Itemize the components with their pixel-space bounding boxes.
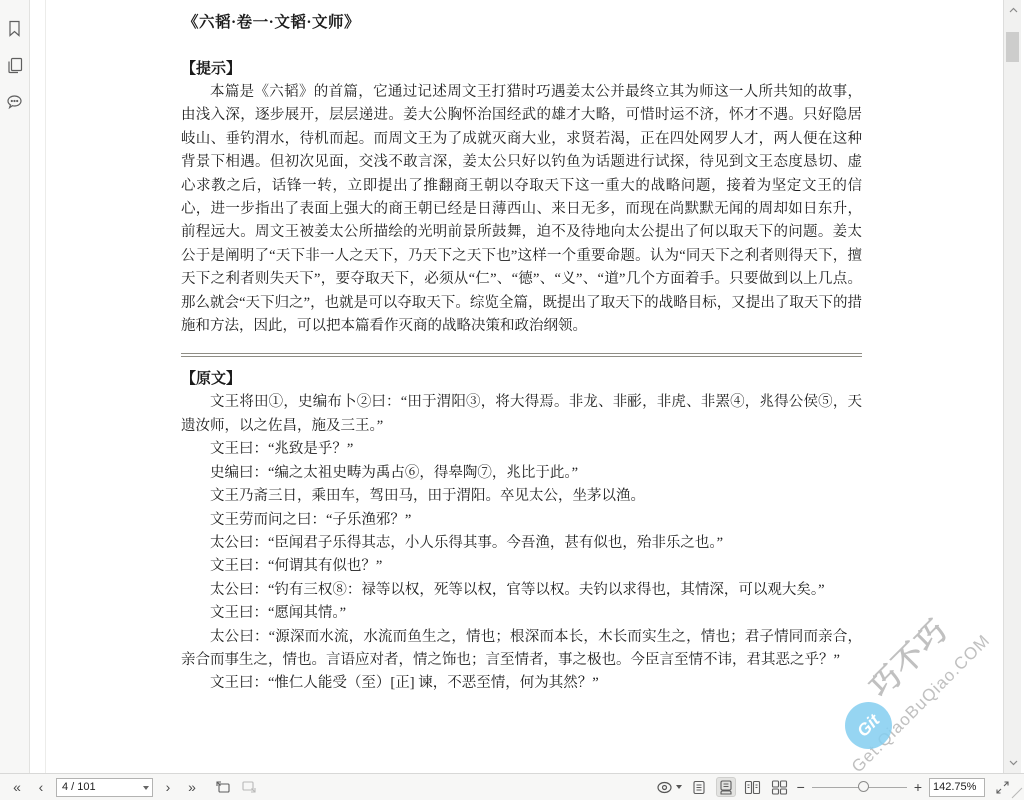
- page-navigation: « ‹ › »: [0, 777, 259, 797]
- paragraph: 太公曰：“臣闻君子乐得其志，小人乐得其事。今吾渔，甚有似也，殆非乐之也。”: [181, 532, 862, 555]
- page-number-input[interactable]: [56, 778, 153, 797]
- continuous-facing-view-button[interactable]: [770, 777, 790, 797]
- page-dropdown-caret-icon[interactable]: [143, 786, 149, 790]
- fullscreen-button[interactable]: [992, 777, 1012, 797]
- next-view-button[interactable]: [239, 777, 259, 797]
- paragraph: 文王曰：“何谓其有似也？”: [181, 555, 862, 578]
- zoom-slider[interactable]: [812, 780, 907, 794]
- next-page-button[interactable]: ›: [159, 778, 177, 796]
- paragraph: 太公曰：“源深而水流，水流而鱼生之，情也；根深而本长，木长而实生之，情也；君子情…: [181, 626, 862, 673]
- scrollbar-thumb[interactable]: [1006, 32, 1019, 62]
- section-heading-hint: 【提示】: [181, 58, 862, 81]
- section-divider: [181, 353, 862, 357]
- view-mode-caret-icon: [676, 785, 682, 789]
- paragraph: 文王乃斋三日，乘田车，驾田马，田于渭阳。卒见太公，坐茅以渔。: [181, 485, 862, 508]
- scroll-up-icon[interactable]: [1004, 2, 1022, 18]
- single-page-view-button[interactable]: [689, 777, 709, 797]
- comments-icon[interactable]: [5, 92, 25, 112]
- zoom-level-input[interactable]: [929, 778, 985, 797]
- paragraph: 文王曰：“愿闻其情。”: [181, 602, 862, 625]
- previous-view-button[interactable]: [213, 777, 233, 797]
- bookmarks-icon[interactable]: [5, 18, 25, 38]
- window-resize-grip[interactable]: [1011, 787, 1023, 799]
- paragraph: 太公曰：“钓有三权⑧：禄等以权，死等以权，官等以权。夫钓以求得也，其情深，可以观…: [181, 579, 862, 602]
- left-sidebar: [0, 0, 30, 773]
- paragraph: 本篇是《六韬》的首篇，它通过记述周文王打猎时巧遇姜太公并最终立其为师这一人所共知…: [181, 81, 862, 338]
- page-thumbnails-icon[interactable]: [5, 55, 25, 75]
- continuous-view-button[interactable]: [716, 777, 736, 797]
- document-title: 《六韬·卷一·文韬·文师》: [183, 10, 862, 32]
- paragraph: 文王劳而问之曰：“子乐渔邪？”: [181, 509, 862, 532]
- last-page-button[interactable]: »: [183, 778, 201, 796]
- bottom-toolbar: « ‹ › » −: [0, 773, 1024, 800]
- view-mode-button[interactable]: [656, 780, 682, 795]
- first-page-button[interactable]: «: [8, 778, 26, 796]
- pdf-page: 《六韬·卷一·文韬·文师》 【提示】 本篇是《六韬》的首篇，它通过记述周文王打猎…: [31, 0, 1003, 773]
- page-number-box: [56, 778, 153, 797]
- vertical-scrollbar[interactable]: [1003, 0, 1021, 773]
- zoom-out-button[interactable]: −: [797, 779, 805, 795]
- view-zoom-controls: − +: [656, 777, 1024, 797]
- previous-page-button[interactable]: ‹: [32, 778, 50, 796]
- page-content: 《六韬·卷一·文韬·文师》 【提示】 本篇是《六韬》的首篇，它通过记述周文王打猎…: [181, 6, 862, 696]
- paragraph: 文王将田①，史编布卜②曰：“田于渭阳③，将大得焉。非龙、非彨，非虎、非罴④，兆得…: [181, 391, 862, 438]
- zoom-level-box: [929, 778, 985, 797]
- section-heading-original: 【原文】: [181, 368, 862, 391]
- paragraph: 文王曰：“兆致是乎？”: [181, 438, 862, 461]
- page-left-edge: [45, 0, 46, 773]
- paragraph: 文王曰：“惟仁人能受（至）[正] 谏，不恶至情，何为其然？”: [181, 672, 862, 695]
- paragraph: 史编曰：“编之太祖史畴为禹占⑥，得皋陶⑦，兆比于此。”: [181, 462, 862, 485]
- zoom-slider-knob[interactable]: [858, 781, 869, 792]
- zoom-in-button[interactable]: +: [914, 779, 922, 795]
- facing-pages-view-button[interactable]: [743, 777, 763, 797]
- scroll-down-icon[interactable]: [1004, 755, 1022, 771]
